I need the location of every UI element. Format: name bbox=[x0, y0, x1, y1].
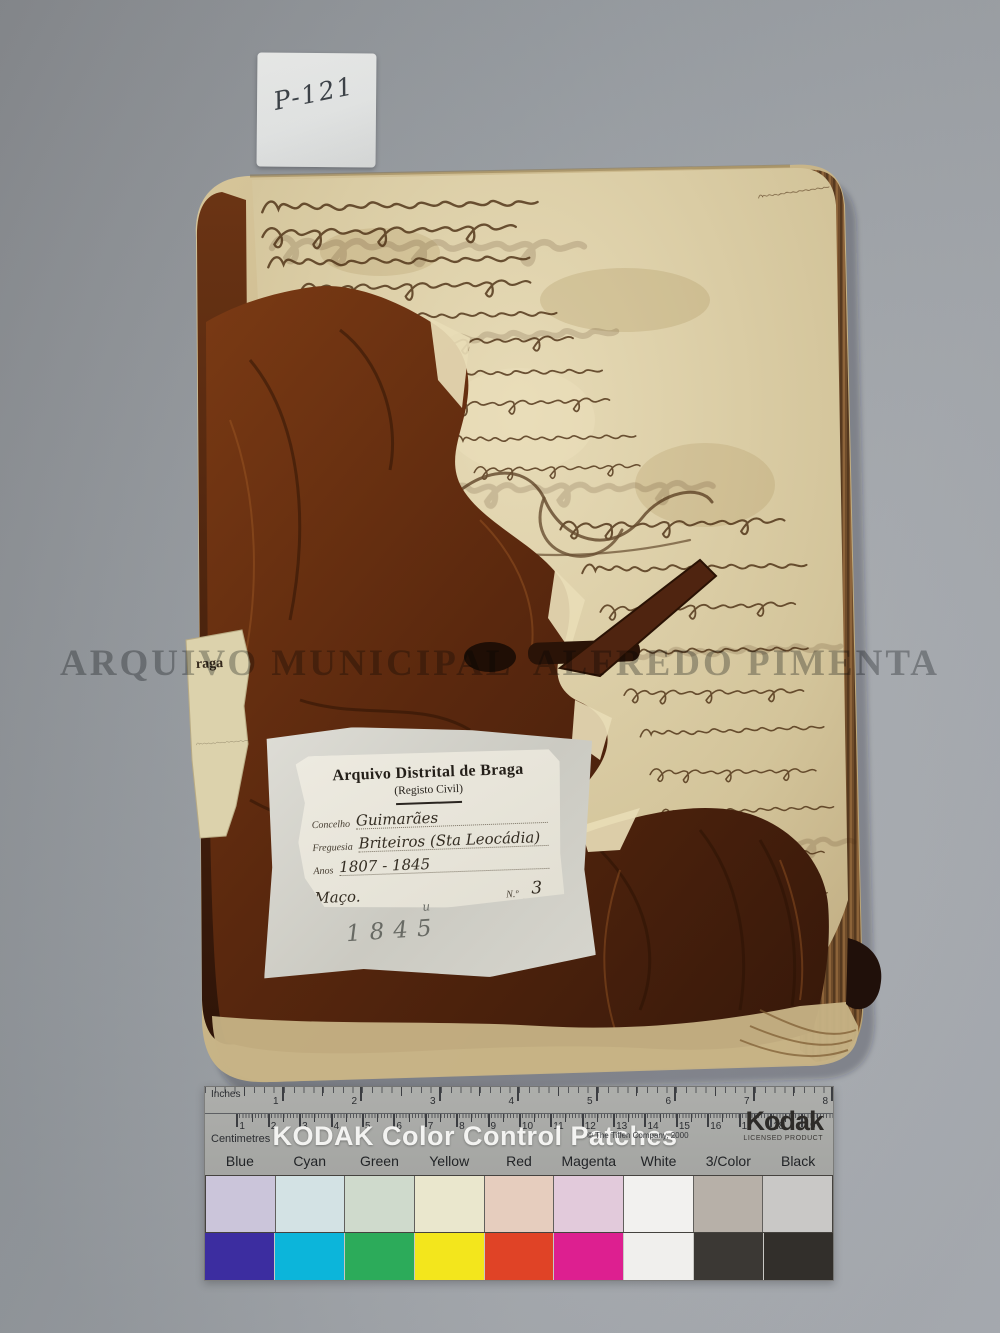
patch-label: Cyan bbox=[275, 1151, 345, 1171]
tint-swatch bbox=[206, 1176, 275, 1232]
tint-swatch bbox=[763, 1176, 832, 1232]
inch-number: 2 bbox=[284, 1087, 363, 1113]
label-field-concelho: Concelho Guimarães bbox=[311, 807, 547, 831]
solid-swatch-row bbox=[205, 1233, 833, 1280]
inches-label: Inches bbox=[211, 1089, 240, 1100]
tint-swatch bbox=[485, 1176, 554, 1232]
tint-swatch bbox=[276, 1176, 345, 1232]
field-label: Anos bbox=[313, 865, 333, 877]
field-label: Freguesia bbox=[312, 842, 353, 854]
solid-swatch bbox=[485, 1233, 554, 1280]
field-value: 1807 - 1845 bbox=[339, 853, 549, 876]
label-field-freguesia: Freguesia Briteiros (Sta Leocádia) bbox=[312, 830, 548, 854]
inch-number: 6 bbox=[598, 1087, 677, 1113]
leather-tie bbox=[846, 938, 881, 1009]
brand-block: Kodak LICENSED PRODUCT bbox=[743, 1107, 823, 1142]
field-value: Briteiros (Sta Leocádia) bbox=[358, 830, 548, 853]
tint-swatch-row bbox=[205, 1175, 833, 1233]
patch-label: Blue bbox=[205, 1151, 275, 1171]
inch-number: 4 bbox=[441, 1087, 520, 1113]
archive-label: Arquivo Distrital de Braga (Registo Civi… bbox=[295, 747, 564, 912]
centimetres-label: Centimetres bbox=[211, 1133, 270, 1145]
pencil-mark: u bbox=[422, 899, 431, 914]
label-divider bbox=[396, 801, 462, 805]
tint-swatch bbox=[554, 1176, 623, 1232]
patch-label: Green bbox=[345, 1151, 415, 1171]
tint-swatch bbox=[624, 1176, 693, 1232]
patch-label: 3/Color bbox=[693, 1151, 763, 1171]
tint-swatch bbox=[415, 1176, 484, 1232]
inch-ruler: 12345678 bbox=[205, 1087, 833, 1114]
inch-number: 5 bbox=[519, 1087, 598, 1113]
paper-stain bbox=[540, 268, 710, 332]
tint-swatch bbox=[694, 1176, 763, 1232]
solid-swatch bbox=[275, 1233, 344, 1280]
solid-swatch bbox=[694, 1233, 763, 1280]
solid-swatch bbox=[764, 1233, 833, 1280]
patch-label: Red bbox=[484, 1151, 554, 1171]
field-label: Concelho bbox=[312, 819, 351, 831]
field-value: Guimarães bbox=[356, 807, 548, 830]
patch-label: White bbox=[624, 1151, 694, 1171]
patch-label: Yellow bbox=[414, 1151, 484, 1171]
patch-labels-row: BlueCyanGreenYellowRedMagentaWhite3/Colo… bbox=[205, 1151, 833, 1171]
label-field-anos: Anos 1807 - 1845 bbox=[313, 853, 549, 877]
kodak-color-card: 12345678 Inches 123456789101112131415161… bbox=[204, 1086, 834, 1281]
tint-swatch bbox=[345, 1176, 414, 1232]
solid-swatch bbox=[345, 1233, 414, 1280]
number-label: N.º bbox=[506, 889, 519, 900]
licensed-product-text: LICENSED PRODUCT bbox=[743, 1135, 823, 1142]
solid-swatch bbox=[415, 1233, 484, 1280]
patch-label: Magenta bbox=[554, 1151, 624, 1171]
photo-stage: P-121 bbox=[0, 0, 1000, 1333]
solid-swatch bbox=[624, 1233, 693, 1280]
lacing-hole bbox=[464, 642, 516, 672]
kodak-logo: Kodak bbox=[743, 1107, 823, 1135]
spine-fragment-text: raga bbox=[196, 656, 224, 672]
copyright-text: © The Tiffen Company, 2000 bbox=[587, 1131, 727, 1140]
solid-swatch bbox=[554, 1233, 623, 1280]
solid-swatch bbox=[205, 1233, 274, 1280]
patch-label: Black bbox=[763, 1151, 833, 1171]
inch-number: 3 bbox=[362, 1087, 441, 1113]
